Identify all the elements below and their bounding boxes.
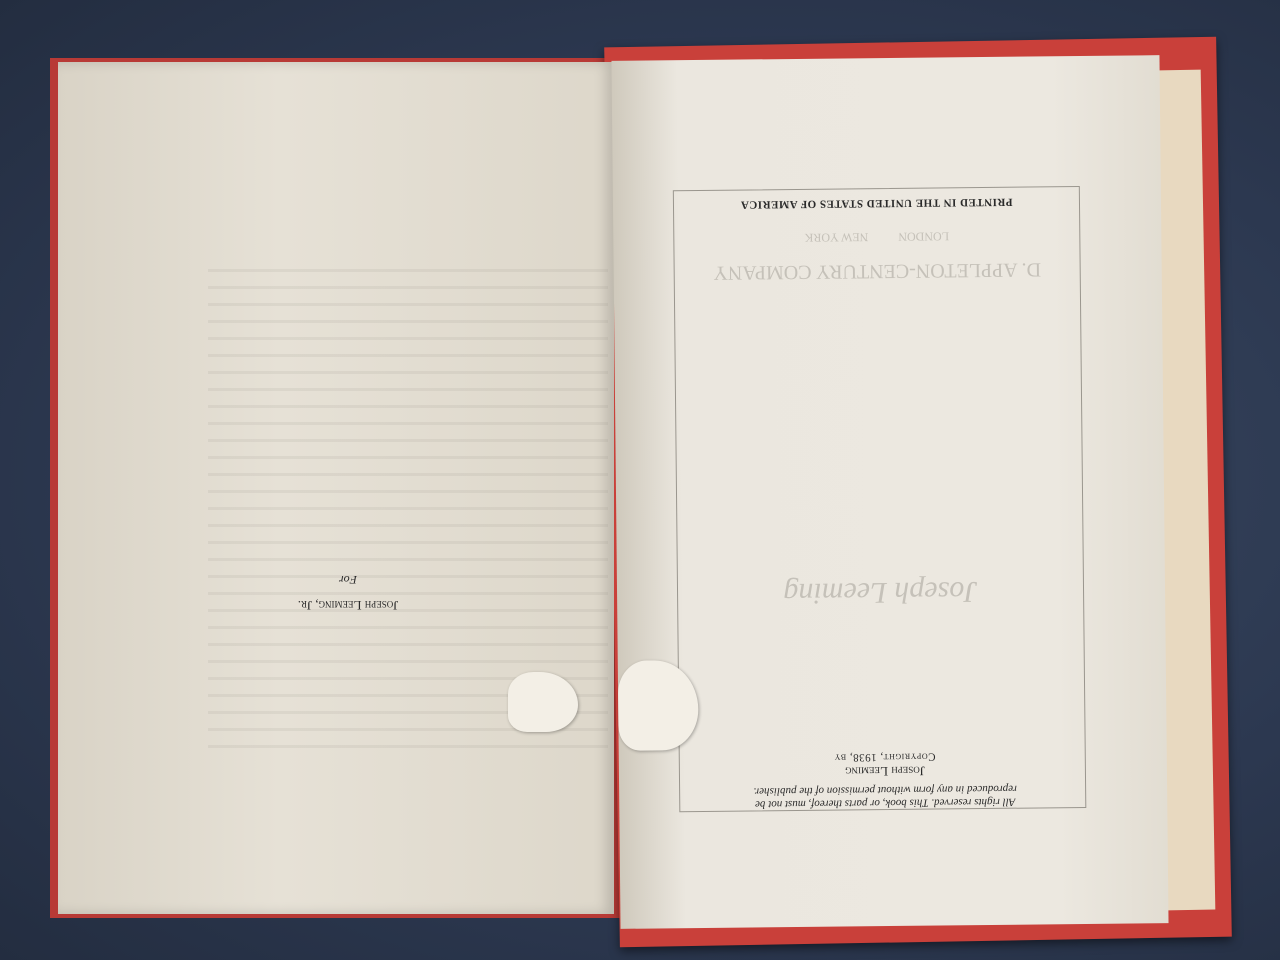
printed-in: PRINTED IN THE UNITED STATES OF AMERICA <box>674 195 1079 211</box>
right-page: All rights reserved. This book, or parts… <box>611 55 1168 929</box>
city-london: LONDON <box>898 229 949 244</box>
left-page: Joseph Leeming, Jr. For <box>58 62 614 914</box>
dedication-name: Joseph Leeming, Jr. <box>248 597 448 613</box>
rights-notice: All rights reserved. This book, or parts… <box>735 781 1035 810</box>
copyright-block: All rights reserved. This book, or parts… <box>735 749 1036 820</box>
dedication: Joseph Leeming, Jr. For <box>248 572 448 613</box>
copyright-holder: Joseph Leeming <box>735 761 1035 780</box>
author-ghost: Joseph Leeming <box>678 573 1083 611</box>
dedication-label: For <box>248 572 448 587</box>
cities-ghost: LONDON NEW YORK <box>674 227 1079 246</box>
publisher-ghost: D. APPLETON-CENTURY COMPANY <box>675 257 1080 284</box>
title-frame: All rights reserved. This book, or parts… <box>673 186 1086 812</box>
city-new-york: NEW YORK <box>805 230 869 245</box>
